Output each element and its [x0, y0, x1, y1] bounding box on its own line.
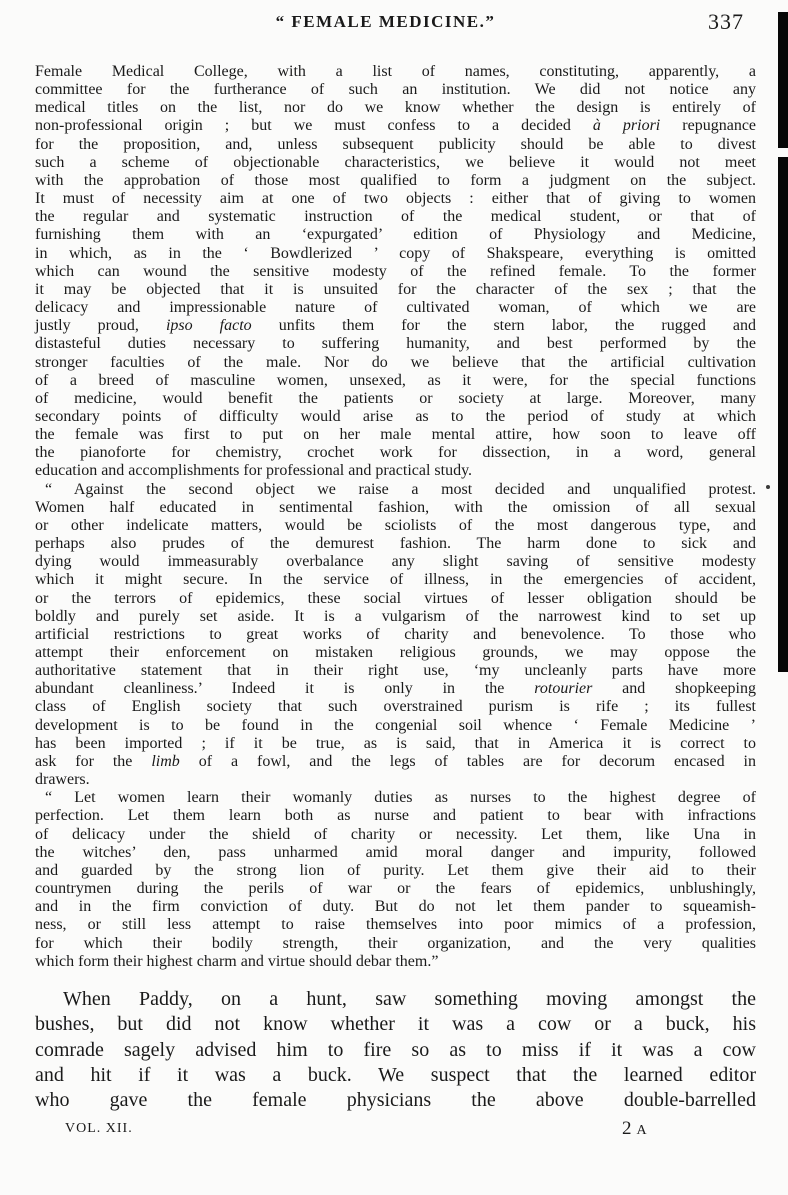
text-line: When Paddy, on a hunt, saw something mov… [35, 987, 756, 1012]
text-line: comrade sagely advised him to fire so as… [35, 1038, 756, 1063]
text-line: of medicine, would benefit the patients … [35, 390, 756, 408]
text-line: which can wound the sensitive modesty of… [35, 263, 756, 281]
text-line: “ Let women learn their womanly duties a… [35, 789, 756, 807]
page-title: “ FEMALE MEDICINE.” [25, 12, 746, 32]
text-line: ness, or still less attempt to raise the… [35, 916, 756, 934]
text-line: furnishing them with an ‘expurgated’ edi… [35, 226, 756, 244]
page-footer: VOL. XII. 2A [35, 1118, 756, 1142]
page-header: “ FEMALE MEDICINE.” 337 [35, 12, 756, 42]
text-line: the regular and systematic instruction o… [35, 208, 756, 226]
text-line: development is to be found in the congen… [35, 717, 756, 735]
text-line: for which their bodily strength, their o… [35, 935, 756, 953]
paragraph: Female Medical College, with a list of n… [35, 63, 756, 481]
signature-number: 2 [622, 1118, 632, 1139]
text-line: the female was first to put on her male … [35, 426, 756, 444]
page-number: 337 [708, 9, 744, 35]
text-line: committee for the furtherance of such an… [35, 81, 756, 99]
article-body: Female Medical College, with a list of n… [35, 63, 756, 1114]
text-line: it may be objected that it is unsuited f… [35, 281, 756, 299]
text-line: the witches’ den, pass unharmed amid mor… [35, 844, 756, 862]
text-line: stronger faculties of the male. Nor do w… [35, 354, 756, 372]
printer-signature: 2A [622, 1118, 647, 1140]
text-line: which form their highest charm and virtu… [35, 953, 756, 971]
text-line: boldly and purely set aside. It is a vul… [35, 608, 756, 626]
text-line: abundant cleanliness.’ Indeed it is only… [35, 680, 756, 698]
scan-edge-artifact [778, 12, 788, 148]
text-line: of a breed of masculine women, unsexed, … [35, 372, 756, 390]
text-line: of delicacy under the shield of charity … [35, 826, 756, 844]
paragraph: “ Let women learn their womanly duties a… [35, 789, 756, 971]
text-line: and in the firm conviction of duty. But … [35, 898, 756, 916]
text-line: education and accomplishments for profes… [35, 462, 756, 480]
text-line: delicacy and impressionable nature of cu… [35, 299, 756, 317]
text-line: class of English society that such overs… [35, 698, 756, 716]
scan-edge-artifact [778, 157, 788, 672]
text-line: artificial restrictions to great works o… [35, 626, 756, 644]
text-line: non-professional origin ; but we must co… [35, 117, 756, 135]
text-line: Women half educated in sentimental fashi… [35, 499, 756, 517]
text-line: distasteful duties necessary to sufferin… [35, 335, 756, 353]
text-line: or the terrors of epidemics, these socia… [35, 590, 756, 608]
text-line: with the approbation of those most quali… [35, 172, 756, 190]
text-line: perhaps also prudes of the demurest fash… [35, 535, 756, 553]
paragraph: When Paddy, on a hunt, saw something mov… [35, 987, 756, 1114]
text-line: secondary points of difficulty would ari… [35, 408, 756, 426]
text-line: in which, as in the ‘ Bowdlerized ’ copy… [35, 245, 756, 263]
text-line: countrymen during the perils of war or t… [35, 880, 756, 898]
volume-label: VOL. XII. [65, 1121, 133, 1137]
text-line: and hit if it was a buck. We suspect tha… [35, 1063, 756, 1088]
text-line: or other indelicate matters, would be sc… [35, 517, 756, 535]
text-line: who gave the female physicians the above… [35, 1088, 756, 1113]
text-line: attempt their enforcement on mistaken re… [35, 644, 756, 662]
scan-speck-artifact [766, 485, 770, 489]
text-line: and guarded by the strong lion of purity… [35, 862, 756, 880]
text-line: the pianoforte for chemistry, crochet wo… [35, 444, 756, 462]
text-line: ask for the limb of a fowl, and the legs… [35, 753, 756, 771]
text-line: dying would immeasurably overbalance any… [35, 553, 756, 571]
text-line: justly proud, ipso facto unfits them for… [35, 317, 756, 335]
text-line: bushes, but did not know whether it was … [35, 1012, 756, 1037]
text-line: It must of necessity aim at one of two o… [35, 190, 756, 208]
text-line: perfection. Let them learn both as nurse… [35, 807, 756, 825]
text-line: such a scheme of objectionable character… [35, 154, 756, 172]
paragraph: “ Against the second object we raise a m… [35, 481, 756, 790]
signature-letter: A [637, 1123, 647, 1138]
text-line: Female Medical College, with a list of n… [35, 63, 756, 81]
text-line: drawers. [35, 771, 756, 789]
text-line: “ Against the second object we raise a m… [35, 481, 756, 499]
text-line: which it might secure. In the service of… [35, 571, 756, 589]
text-line: has been imported ; if it be true, as is… [35, 735, 756, 753]
text-line: for the proposition, and, unless subsequ… [35, 136, 756, 154]
text-line: authoritative statement that in their ri… [35, 662, 756, 680]
text-line: medical titles on the list, nor do we kn… [35, 99, 756, 117]
